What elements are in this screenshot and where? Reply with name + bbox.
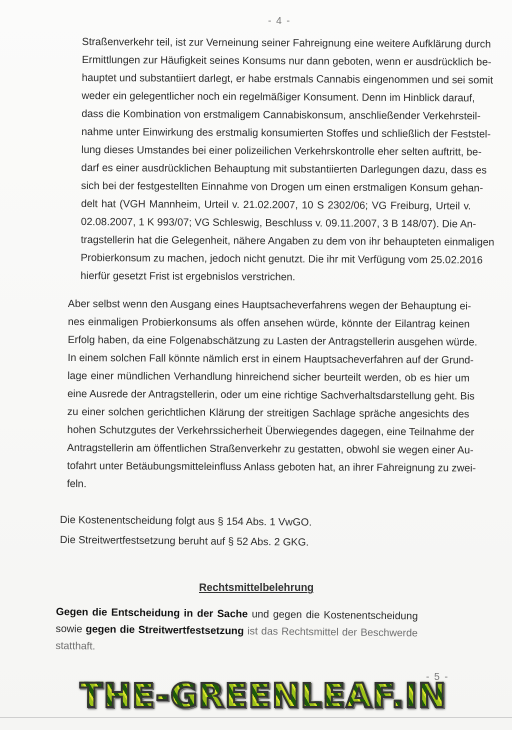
paragraph-fahreignung-line: darf es einer ausdrücklichen Behauptung … <box>81 160 471 180</box>
paragraph-fahreignung-line: sich bei der festgestellten Einnahme von… <box>81 178 471 198</box>
legal-remedy-bold-1: Gegen die Entscheidung in der Sache <box>56 607 248 620</box>
legal-remedy-heading: Rechtsmittelbelehrung <box>199 582 314 594</box>
paragraph-folgenabschaetzung-line: tofahrt unter Betäubungsmitteleinfluss A… <box>67 458 469 478</box>
document-page: - 4 - Straßenverkehr teil, ist zur Verne… <box>0 0 512 730</box>
paragraph-fahreignung-line: Ermittlungen zur Häufigkeit seines Konsu… <box>82 52 472 72</box>
scan-edge-line <box>0 717 512 718</box>
paragraph-fahreignung-line: lung dieses Umstandes bei einer polizeil… <box>81 142 471 162</box>
paragraph-fahreignung-line: 02.08.2007, 1 K 993/07; VG Schleswig, Be… <box>81 214 471 234</box>
paragraph-fahreignung: Straßenverkehr teil, ist zur Verneinung … <box>80 34 472 288</box>
paragraph-fahreignung-line: Straßenverkehr teil, ist zur Verneinung … <box>82 34 472 54</box>
cost-decision: Die Kostenentscheidung folgt aus § 154 A… <box>60 512 312 533</box>
paragraph-fahreignung-line: tragstellerin hat die Gelegenheit, näher… <box>81 232 471 252</box>
paragraph-fahreignung-line: weder ein gelegentlicher noch ein regelm… <box>82 88 472 108</box>
legal-remedy-paragraph: Gegen die Entscheidung in der Sache und … <box>55 604 418 659</box>
legal-remedy-bold-2: gegen die Streitwertfestsetzung <box>86 624 244 637</box>
page-number-top: - 4 - <box>268 16 291 27</box>
paragraph-fahreignung-line: hierfür gesetzt Frist ist ergebnislos ve… <box>80 268 470 288</box>
paragraph-fahreignung-line: hauptet und substantiiert darlegt, er ha… <box>82 70 472 90</box>
paragraph-fahreignung-line: delt hat (VGH Mannheim, Urteil v. 21.02.… <box>81 196 471 216</box>
paragraph-folgenabschaetzung-line: feln. <box>67 476 469 496</box>
value-decision: Die Streitwertfestsetzung beruht auf § 5… <box>60 532 309 553</box>
paragraph-folgenabschaetzung: Aber selbst wenn den Ausgang eines Haupt… <box>67 296 470 496</box>
paragraph-fahreignung-line: nahme unter Einwirkung des erstmalig kon… <box>81 124 471 144</box>
paragraph-fahreignung-line: dass die Kombination von erstmaligem Can… <box>81 106 471 126</box>
watermark-logo: THE-GREENLEAF.IN <box>80 676 447 715</box>
paragraph-fahreignung-line: Probierkonsum zu machen, jedoch nicht ge… <box>81 250 471 270</box>
